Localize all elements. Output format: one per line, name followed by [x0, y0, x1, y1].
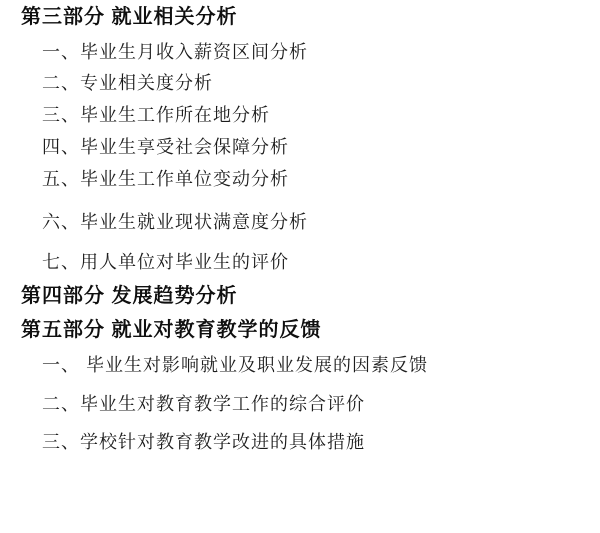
toc-item-part3-3: 三、毕业生工作所在地分析 [42, 106, 270, 124]
toc-item-part3-4: 四、毕业生享受社会保障分析 [42, 138, 289, 156]
toc-item-part3-5: 五、毕业生工作单位变动分析 [42, 170, 289, 188]
toc-heading-part3: 第三部分 就业相关分析 [21, 7, 238, 27]
toc-heading-part5: 第五部分 就业对教育教学的反馈 [21, 320, 322, 340]
toc-item-part5-3: 三、学校针对教育教学改进的具体措施 [42, 433, 365, 451]
toc-item-part5-1: 一、 毕业生对影响就业及职业发展的因素反馈 [42, 356, 428, 374]
toc-item-part3-2: 二、专业相关度分析 [42, 74, 213, 92]
toc-item-part5-2: 二、毕业生对教育教学工作的综合评价 [42, 395, 365, 413]
toc-heading-part4: 第四部分 发展趋势分析 [21, 286, 238, 306]
toc-item-part3-7: 七、用人单位对毕业生的评价 [42, 253, 289, 271]
document-page: 第三部分 就业相关分析 一、毕业生月收入薪资区间分析 二、专业相关度分析 三、毕… [0, 0, 600, 533]
toc-item-part3-6: 六、毕业生就业现状满意度分析 [42, 213, 308, 231]
toc-item-part3-1: 一、毕业生月收入薪资区间分析 [42, 43, 308, 61]
